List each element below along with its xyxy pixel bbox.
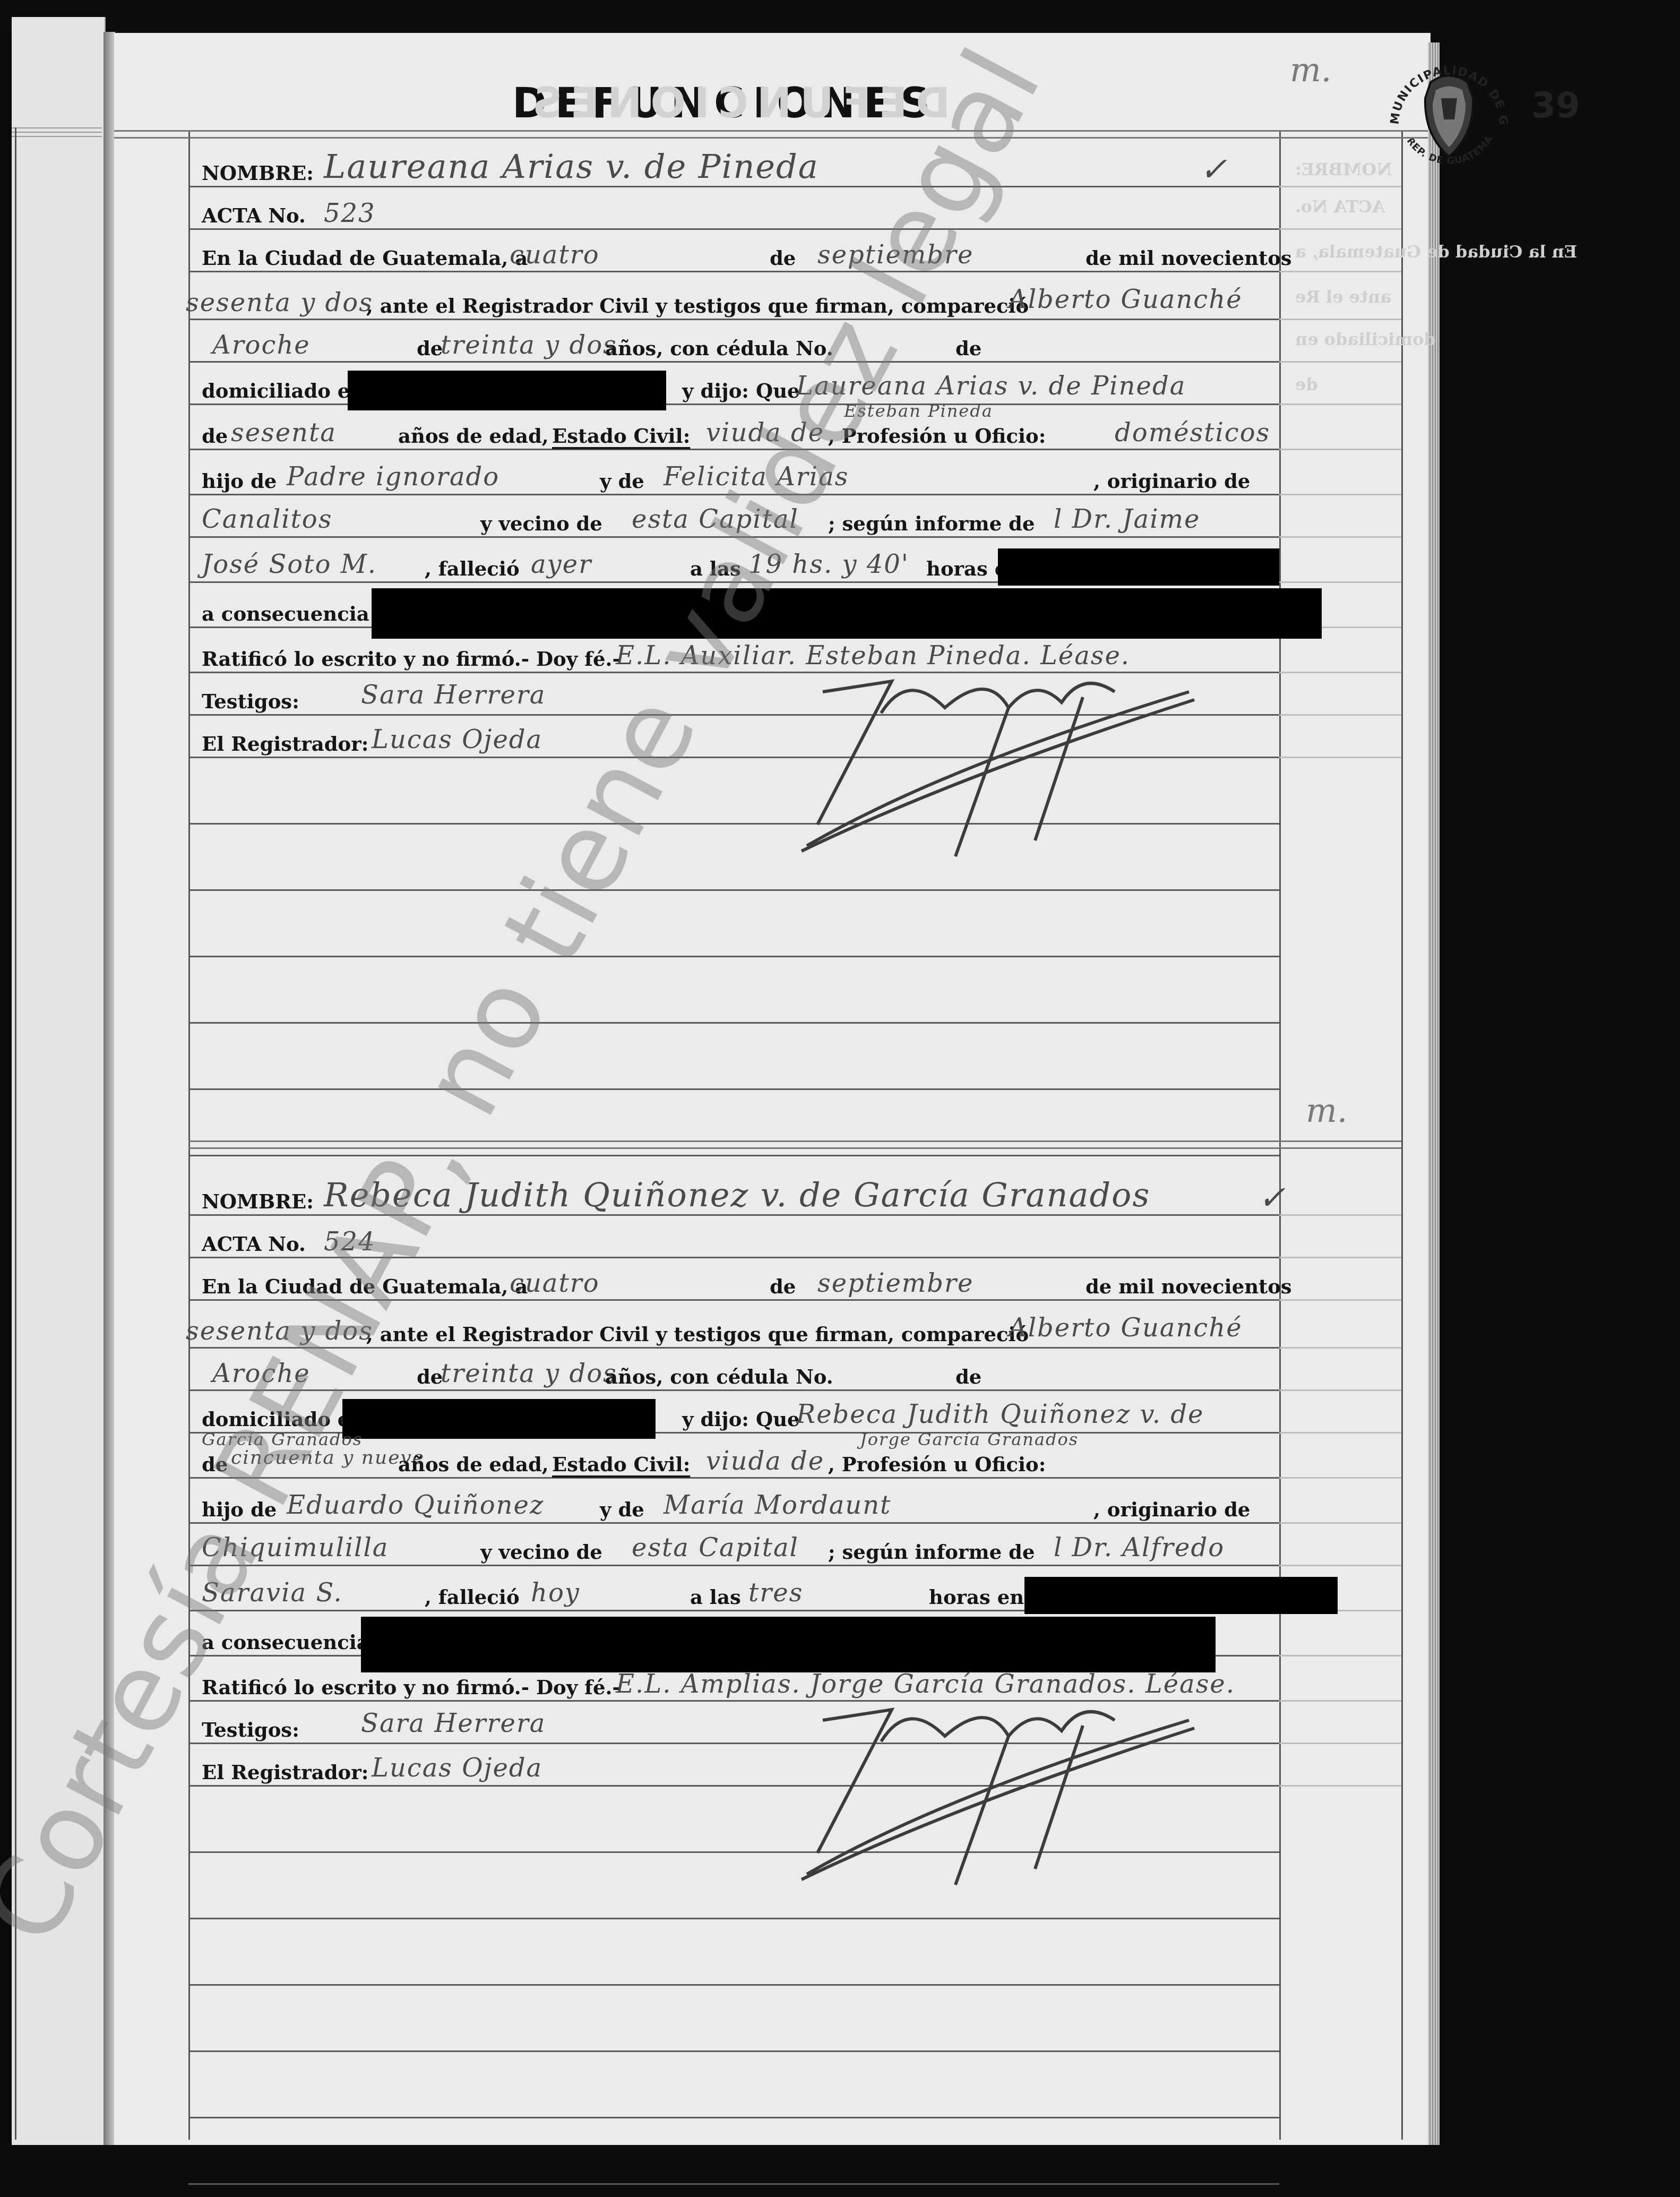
form-line <box>188 494 1279 495</box>
form-line <box>188 1257 1279 1258</box>
entry-1-edad-value[interactable]: sesenta <box>231 420 337 445</box>
entry-1-acta-value[interactable]: 523 <box>324 201 376 226</box>
margin-column-border <box>1401 130 1403 2140</box>
blank-form-line <box>188 2117 1279 2118</box>
entry-2-informante-2-value[interactable]: Saravia S. <box>202 1580 343 1606</box>
entry-1-testigos-value[interactable]: Sara Herrera <box>361 682 546 708</box>
bleed-through-label: ante el Re <box>1295 287 1391 307</box>
entry-1-origen-value[interactable]: Canalitos <box>202 507 332 532</box>
entry-1-padre-value[interactable]: Padre ignorado <box>287 464 499 490</box>
margin-column-line <box>1279 1565 1401 1566</box>
margin-column-line <box>1279 1700 1401 1702</box>
entry-2-a-las-label: a las <box>690 1587 741 1607</box>
entry-2-difunto-cont-value[interactable]: García Granados <box>202 1431 363 1448</box>
form-line <box>188 1477 1279 1479</box>
entry-1-vecino-label: y vecino de <box>480 514 602 534</box>
facing-page-rule <box>12 132 102 133</box>
scan-background-top <box>0 0 1680 33</box>
blank-form-line <box>188 956 1279 957</box>
entry-1-hijo-label: hijo de <box>202 471 277 491</box>
entry-2-vecino-label: y vecino de <box>480 1542 602 1562</box>
entry-1-dijo-label: y dijo: Que <box>682 381 800 401</box>
margin-column-line <box>1279 1655 1401 1657</box>
margin-column-line <box>1279 271 1401 272</box>
facing-page-left <box>12 17 106 2146</box>
entry-1-nombre-value[interactable]: Laureana Arias v. de Pineda <box>324 150 819 183</box>
entry-2-de2-label: de <box>955 1367 981 1387</box>
entry-2-mil-label: de mil novecientos <box>1085 1277 1292 1297</box>
entry-1-ante-label: , ante el Registrador Civil y testigos q… <box>366 296 1029 316</box>
entry-1-signature-icon <box>786 649 1210 872</box>
entry-2-conyuge-value[interactable]: Jorge García Granados <box>860 1431 1079 1448</box>
entry-2-acta-label: ACTA No. <box>202 1234 306 1254</box>
blank-form-line <box>188 889 1279 891</box>
entry-2-testigos-value[interactable]: Sara Herrera <box>361 1711 546 1736</box>
entry-1-informante-2-value[interactable]: José Soto M. <box>202 552 377 577</box>
page-number: 39 <box>1531 85 1580 126</box>
form-line <box>188 271 1279 272</box>
entry-2-estado-civil-label: Estado Civil: <box>552 1455 690 1474</box>
margin-mark-entry-1: m. <box>1290 50 1332 89</box>
margin-column-line <box>1279 319 1401 320</box>
entry-2-vecindad-value[interactable]: esta Capital <box>632 1535 799 1560</box>
blank-form-line <box>188 1918 1279 1919</box>
entry-1-compareciente-2-value[interactable]: Aroche <box>212 332 311 358</box>
entry-2-estado-civil-value[interactable]: viuda de <box>706 1448 824 1474</box>
entry-1-nombre-label: NOMBRE: <box>202 164 314 183</box>
entry-2-hora-value[interactable]: tres <box>748 1580 803 1606</box>
entry-2-anios-edad-label: años de edad, <box>398 1455 549 1474</box>
entry-2-originario-label: , originario de <box>1093 1500 1250 1520</box>
entry-1-causa-redaction <box>372 588 1322 639</box>
entry-2-horas-label: horas en <box>929 1587 1024 1607</box>
entry-1-profesion-label: , Profesión u Oficio: <box>828 426 1046 446</box>
entry-2-dijo-label: y dijo: Que <box>682 1410 800 1429</box>
entry-2-origen-value[interactable]: Chiquimulilla <box>202 1535 389 1560</box>
entry-2-ratifico-label: Ratificó lo escrito y no firmó.- Doy fé.… <box>202 1678 621 1697</box>
margin-column-line <box>1279 581 1401 583</box>
entry-2-de-edad-label: de <box>417 1367 443 1387</box>
entry-1-registrador-value[interactable]: Lucas Ojeda <box>372 727 542 752</box>
margin-column-line <box>1279 1785 1401 1787</box>
entry-1-de-anios-label: de <box>202 426 228 446</box>
entry-2-madre-value[interactable]: María Mordaunt <box>664 1492 891 1518</box>
entry-1-ratifico-label: Ratificó lo escrito y no firmó.- Doy fé.… <box>202 649 621 669</box>
margin-column-line <box>1279 1299 1401 1301</box>
entry-1-anios-edad-label: años de edad, <box>398 426 549 446</box>
entry-1-vecindad-value[interactable]: esta Capital <box>632 507 799 532</box>
margin-column-line <box>1279 404 1401 405</box>
form-line <box>188 228 1279 230</box>
scan-background-right <box>1440 0 1680 2197</box>
entry-2-check-mark: ✓ <box>1258 1181 1287 1214</box>
entry-1-estado-civil-label: Estado Civil: <box>552 426 690 446</box>
entry-1-compareciente-1-value[interactable]: Alberto Guanché <box>1009 287 1243 312</box>
margin-column-line <box>1279 672 1401 673</box>
form-line <box>188 1214 1279 1216</box>
entry-1-mil-label: de mil novecientos <box>1085 248 1292 268</box>
margin-column-line <box>1279 1389 1401 1391</box>
margin-column-line <box>1279 757 1401 758</box>
entry-1-originario-label: , originario de <box>1093 471 1250 491</box>
form-line <box>188 186 1279 187</box>
entry-1-cuando-value[interactable]: ayer <box>531 552 592 577</box>
entry-2-de-label: de <box>770 1277 796 1297</box>
blank-form-line <box>188 2050 1279 2052</box>
entry-2-dia-value[interactable]: cuatro <box>510 1271 600 1296</box>
entry-2-signature-icon <box>786 1678 1210 1901</box>
margin-column-line <box>1279 361 1401 363</box>
blank-form-line <box>188 1984 1279 1986</box>
entry-1-hora-value[interactable]: 19 hs. y 40' <box>748 552 909 577</box>
entry-1-informante-1-value[interactable]: l Dr. Jaime <box>1054 507 1200 532</box>
entry-2-compareciente-2-value[interactable]: Aroche <box>212 1361 311 1386</box>
facing-page-margin-line <box>15 127 16 2140</box>
blank-form-line <box>188 2183 1279 2185</box>
margin-column-line <box>1279 186 1401 187</box>
entry-separator-double-rule <box>188 1140 1401 1149</box>
margin-column-line <box>1279 449 1401 450</box>
bleed-through-label: de <box>1295 374 1318 394</box>
form-line <box>188 449 1279 450</box>
margin-column-line <box>1279 228 1401 230</box>
entry-1-fallecio-label: , falleció <box>425 559 520 579</box>
form-line <box>188 1389 1279 1391</box>
entry-1-de-edad-label: de <box>417 339 443 358</box>
entry-1-profesion-value[interactable]: domésticos <box>1115 420 1270 445</box>
form-line <box>188 319 1279 320</box>
entry-1-de2-label: de <box>955 339 981 358</box>
margin-column-line <box>1279 1743 1401 1744</box>
blank-form-line <box>188 1155 1279 1156</box>
scan-background-bottom <box>0 2145 1680 2197</box>
entry-1-a-las-label: a las <box>690 559 741 579</box>
blank-form-line <box>188 1022 1279 1024</box>
entry-2-padre-value[interactable]: Eduardo Quiñonez <box>287 1492 544 1518</box>
entry-2-edad-compareciente-value[interactable]: treinta y dos <box>441 1361 617 1386</box>
margin-column-line <box>1279 1432 1401 1434</box>
margin-column-line <box>1279 1214 1401 1216</box>
blank-form-line <box>188 1088 1279 1090</box>
entry-2-domicilio-redaction <box>342 1399 656 1439</box>
margin-column-line <box>1279 1257 1401 1258</box>
entry-1-de-label: de <box>770 248 796 268</box>
margin-mark-entry-2: m. <box>1306 1091 1348 1130</box>
entry-1-testigos-label: Testigos: <box>202 692 299 711</box>
header-double-rule <box>114 130 1428 139</box>
facing-page-rule <box>12 127 102 128</box>
entry-1-mes-value[interactable]: septiembre <box>817 242 973 268</box>
form-line <box>188 1565 1279 1566</box>
entry-2-informante-1-value[interactable]: l Dr. Alfredo <box>1054 1535 1225 1560</box>
entry-2-edad-value[interactable]: cincuenta y nueve <box>231 1448 425 1467</box>
form-line <box>188 1347 1279 1349</box>
margin-column-line <box>1279 1522 1401 1524</box>
bleed-through-label: En la Ciudad de Guatemala, a <box>1295 242 1577 262</box>
margin-column-line <box>1279 494 1401 495</box>
entry-2-lugar-redaction <box>1024 1577 1338 1614</box>
form-left-border <box>188 130 190 2140</box>
entry-1-domicilio-redaction <box>348 371 666 410</box>
entry-2-registrador-label: El Registrador: <box>202 1763 368 1782</box>
entry-1-madre-value[interactable]: Felicita Arias <box>664 464 849 490</box>
form-line <box>188 361 1279 363</box>
entry-2-y-de-label: y de <box>600 1500 644 1520</box>
entry-2-difunto-value[interactable]: Rebeca Judith Quiñonez v. de <box>796 1402 1204 1427</box>
book-gutter <box>104 32 115 2148</box>
bleed-through-title: DEFUNCIONES <box>524 80 950 127</box>
entry-1-y-de-label: y de <box>600 471 644 491</box>
form-line <box>188 536 1279 538</box>
entry-2-profesion-label: , Profesión u Oficio: <box>828 1455 1046 1474</box>
entry-1-difunto-value[interactable]: Laureana Arias v. de Pineda <box>796 373 1186 399</box>
entry-2-ante-label: , ante el Registrador Civil y testigos q… <box>366 1325 1029 1344</box>
entry-2-domiciliado-label: domiciliado en <box>202 1410 364 1429</box>
bleed-through-label: ACTA No. <box>1295 196 1385 217</box>
entry-2-de-anios-label: de <box>202 1455 228 1474</box>
entry-1-conyuge-value[interactable]: Esteban Pineda <box>844 402 993 419</box>
page-stack-edge <box>1428 42 1440 2145</box>
entry-2-ciudad-label: En la Ciudad de Guatemala, a <box>202 1277 528 1297</box>
entry-2-mes-value[interactable]: septiembre <box>817 1271 973 1296</box>
entry-1-check-mark: ✓ <box>1200 153 1228 186</box>
entry-2-registrador-value[interactable]: Lucas Ojeda <box>372 1755 542 1781</box>
entry-2-compareciente-1-value[interactable]: Alberto Guanché <box>1009 1315 1243 1341</box>
form-line <box>188 1299 1279 1301</box>
entry-1-lugar-redaction <box>998 548 1279 586</box>
entry-1-registrador-label: El Registrador: <box>202 734 368 754</box>
entry-1-segun-label: ; según informe de <box>828 514 1035 534</box>
bleed-through-label: NOMBRE: <box>1295 159 1392 179</box>
entry-2-acta-value[interactable]: 524 <box>324 1229 376 1255</box>
entry-1-edad-compareciente-value[interactable]: treinta y dos <box>441 332 617 358</box>
entry-2-hijo-label: hijo de <box>202 1500 277 1520</box>
entry-2-cuando-value[interactable]: hoy <box>531 1580 580 1606</box>
entry-2-fallecio-label: , falleció <box>425 1587 520 1607</box>
entry-1-dia-value[interactable]: cuatro <box>510 242 600 268</box>
entry-2-testigos-label: Testigos: <box>202 1720 299 1740</box>
margin-column-line <box>1279 714 1401 716</box>
entry-1-ciudad-label: En la Ciudad de Guatemala, a <box>202 248 528 268</box>
entry-1-domiciliado-label: domiciliado en <box>202 381 364 401</box>
entry-2-causa-redaction <box>361 1617 1216 1672</box>
entry-2-cedula-label: años, con cédula No. <box>605 1367 833 1387</box>
margin-column-line <box>1279 1347 1401 1349</box>
entry-1-cedula-label: años, con cédula No. <box>605 339 833 358</box>
entry-2-anio-value[interactable]: sesenta y dos <box>186 1318 373 1344</box>
margin-column-line <box>1279 1477 1401 1479</box>
entry-1-acta-label: ACTA No. <box>202 206 306 226</box>
entry-1-estado-civil-value[interactable]: viuda de <box>706 420 824 445</box>
facing-page-rule <box>12 136 102 137</box>
entry-2-nombre-label: NOMBRE: <box>202 1192 314 1212</box>
entry-2-segun-label: ; según informe de <box>828 1542 1035 1562</box>
bleed-through-label: domiciliado en <box>1295 329 1436 349</box>
entry-1-anio-value[interactable]: sesenta y dos <box>186 290 373 315</box>
margin-column-line <box>1279 536 1401 538</box>
form-line <box>188 1522 1279 1524</box>
entry-2-nombre-value[interactable]: Rebeca Judith Quiñonez v. de García Gran… <box>324 1179 1150 1212</box>
form-column-divider <box>1279 130 1281 2140</box>
